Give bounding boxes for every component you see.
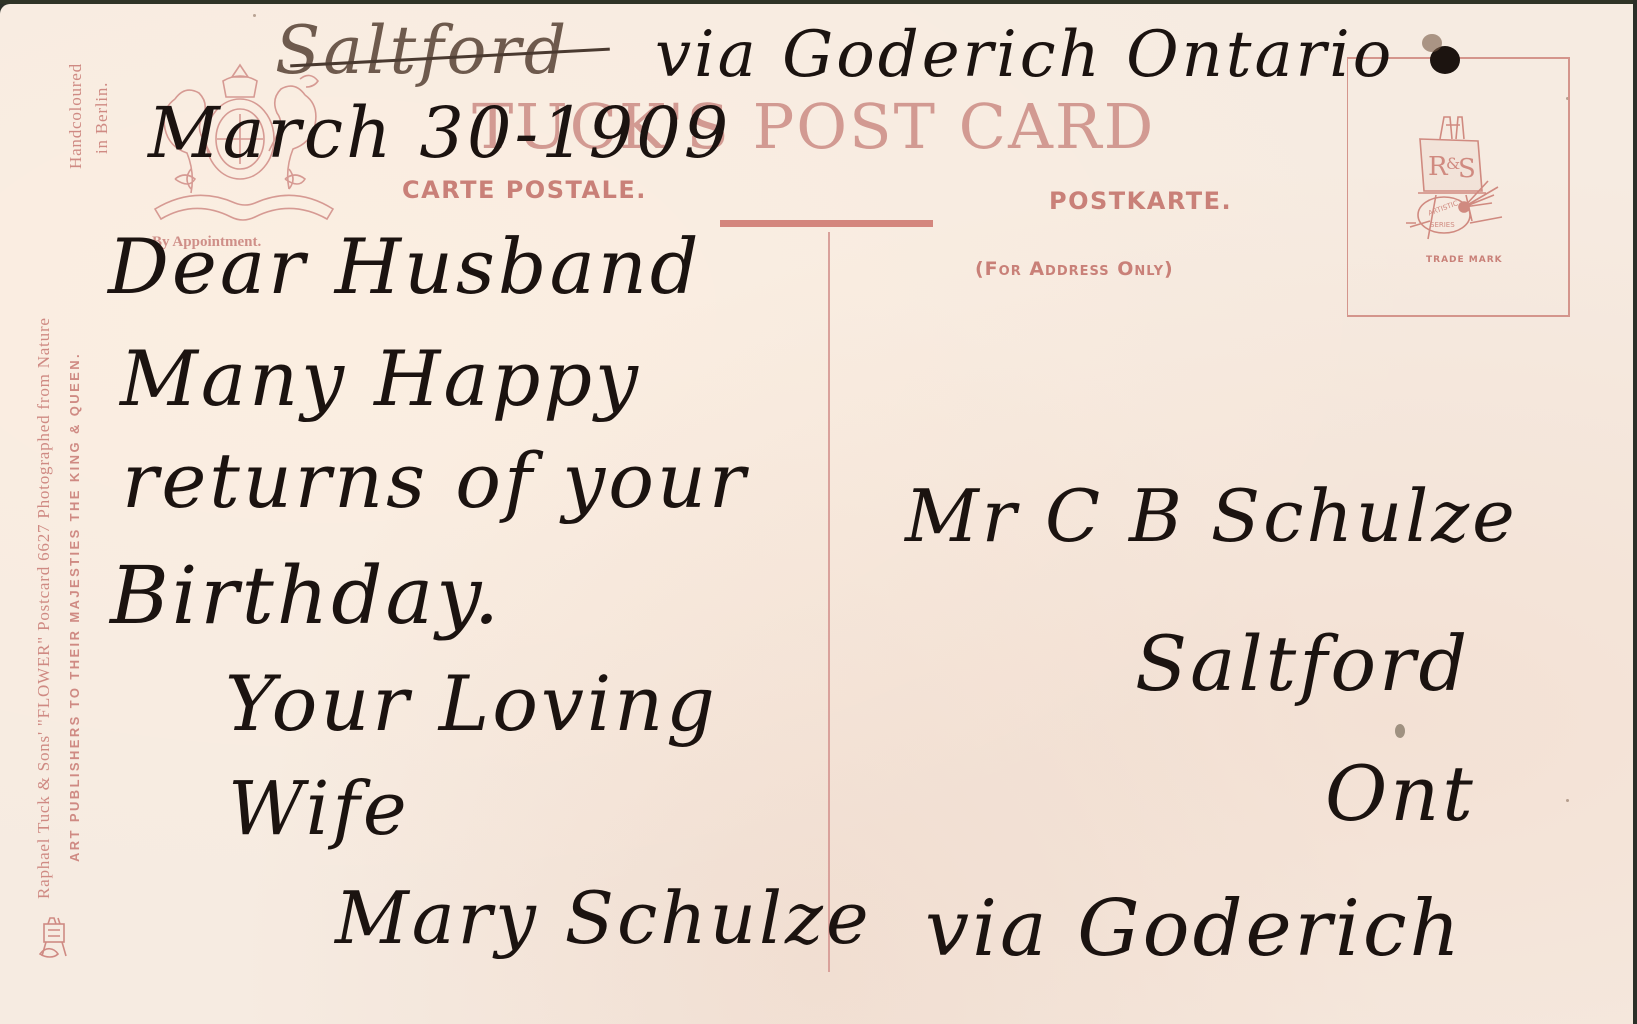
handwritten-header-via-goderich: via Goderich Ontario [655,18,1394,92]
paper-stain [1395,724,1405,738]
tuck-easel-logo-icon [36,916,72,960]
message-line-5: Your Loving [225,659,718,748]
postkarte-label: POSTKARTE. [1049,187,1232,215]
trade-mark-label: TRADE MARK [1426,255,1503,265]
artistic-series-easel-trademark-icon: R & S ARTISTIC SERIES [1406,111,1516,251]
address-line-3: Ont [1325,749,1476,838]
stamp-box: R & S ARTISTIC SERIES TRADE MARK [1347,57,1570,317]
message-line-6: Wife [228,766,410,852]
handwritten-header-saltford: Saltford [275,12,569,89]
scan-right-edge [1633,0,1637,1024]
message-line-1: Dear Husband [108,222,702,311]
svg-text:SERIES: SERIES [1430,221,1455,229]
postcard-back: Raphael Tuck & Sons' "FLOWER" Postcard 6… [0,4,1633,1024]
paper-speck [1566,799,1569,802]
center-bar [720,220,933,227]
royal-warrant-line: ART PUBLISHERS TO THEIR MAJESTIES THE KI… [67,352,82,862]
svg-text:S: S [1458,154,1476,184]
ink-stain [1422,34,1442,52]
paper-speck [253,14,256,17]
address-divider-line [828,232,830,972]
carte-postale-label: CARTE POSTALE. [402,176,647,204]
signature: Mary Schulze [335,876,872,960]
svg-text:ARTISTIC: ARTISTIC [1427,199,1459,217]
message-line-4: Birthday. [110,549,502,642]
address-line-4: via Goderich [925,884,1463,974]
address-line-1: Mr C B Schulze [905,474,1518,558]
publisher-line: Raphael Tuck & Sons' "FLOWER" Postcard 6… [34,317,54,899]
handcoloured-text: Handcoloured [66,63,86,169]
in-berlin-text: in Berlin. [92,82,112,154]
message-line-3: returns of your [122,436,748,525]
address-line-2: Saltford [1135,619,1470,708]
message-line-2: Many Happy [120,334,641,423]
for-address-only-label: (For Address Only) [975,258,1174,280]
handwritten-date: March 30-1909 [148,92,731,174]
